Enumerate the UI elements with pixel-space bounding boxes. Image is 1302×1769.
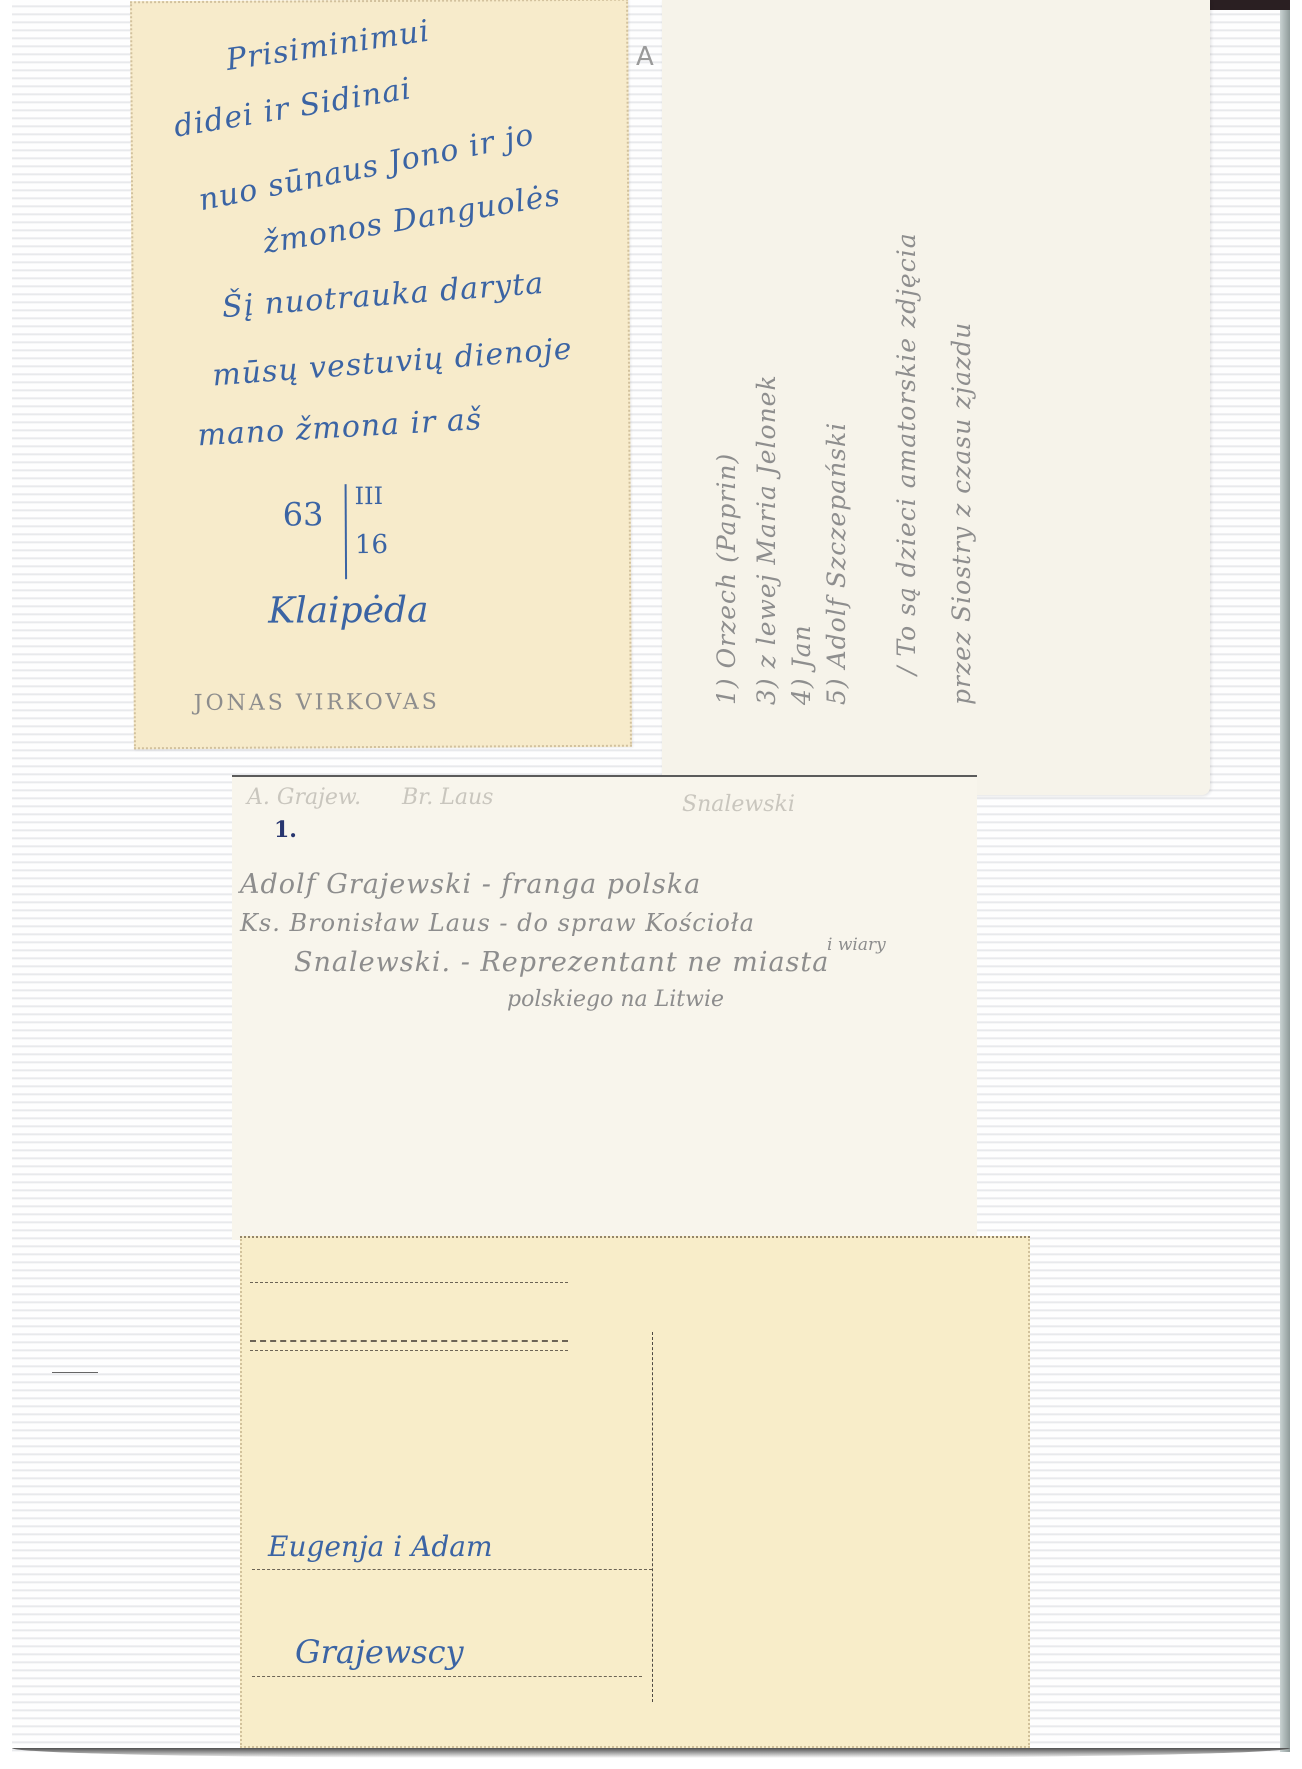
note-line: Ks. Bronisław Laus - do spraw Kościoła: [240, 909, 755, 937]
photo-back-pencil-notes: 1) Orzech (Paprin) 3) z lewej Maria Jelo…: [662, 0, 1210, 795]
note-line: 3) z lewej Maria Jelonek: [752, 374, 781, 705]
postcard-back: Eugenja i Adam Grajewscy: [240, 1236, 1030, 1748]
note-line: Prisiminimui: [224, 14, 432, 78]
address-line: [250, 1340, 568, 1342]
address-line: [250, 1282, 568, 1283]
note-line: Adolf Grajewski - franga polska: [240, 869, 701, 900]
place-name: Klaipėda: [268, 590, 428, 632]
address-line: [250, 1350, 568, 1351]
postcard-divider: [652, 1332, 654, 1702]
stray-pencil-mark: [52, 1372, 98, 1373]
date-day: 16: [355, 530, 388, 560]
date-month: III: [355, 482, 384, 510]
postcard-line: Eugenja i Adam: [268, 1530, 493, 1563]
album-cover-edge: [1208, 0, 1290, 10]
faint-caption: Br. Laus: [402, 785, 493, 810]
signature: JONAS VIRKOVAS: [194, 690, 440, 716]
date-year: 63: [283, 495, 324, 533]
note-line: / To są dzieci amatorskie zdjęcia: [892, 232, 921, 675]
faint-caption: A. Grajew.: [247, 785, 361, 810]
note-line: 4) Jan: [787, 624, 816, 705]
note-line: didei ir Sidinai: [171, 71, 414, 144]
photo-back-polish-names: A. Grajew. Br. Laus Snalewski 1. Adolf G…: [232, 775, 977, 1240]
note-line: Šį nuotrauka daryta: [221, 266, 546, 325]
note-line: mūsų vestuvių dienoje: [211, 331, 573, 393]
photo-back-lithuanian-note: Prisiminimui didei ir Sidinai nuo sūnaus…: [130, 0, 632, 749]
note-line: mano žmona ir aš: [197, 402, 484, 453]
album-bottom-shadow: [12, 1748, 1290, 1758]
address-line: [252, 1676, 642, 1677]
postcard-line: Grajewscy: [295, 1633, 464, 1671]
note-line: i wiary: [827, 935, 886, 955]
note-line: polskiego na Litwie: [507, 987, 724, 1012]
faint-caption: Snalewski: [682, 792, 795, 817]
album-spine-edge: [1280, 10, 1290, 1752]
date-separator: [345, 484, 347, 579]
address-line: [252, 1569, 652, 1570]
note-line: 5) Adolf Szczepański: [822, 422, 851, 705]
note-line: Snalewski. - Reprezentant ne miasta: [294, 947, 829, 978]
photo-number: 1.: [274, 817, 297, 843]
note-line: przez Siostry z czasu zjazdu: [947, 322, 976, 705]
note-line: 1) Orzech (Paprin): [712, 453, 741, 705]
